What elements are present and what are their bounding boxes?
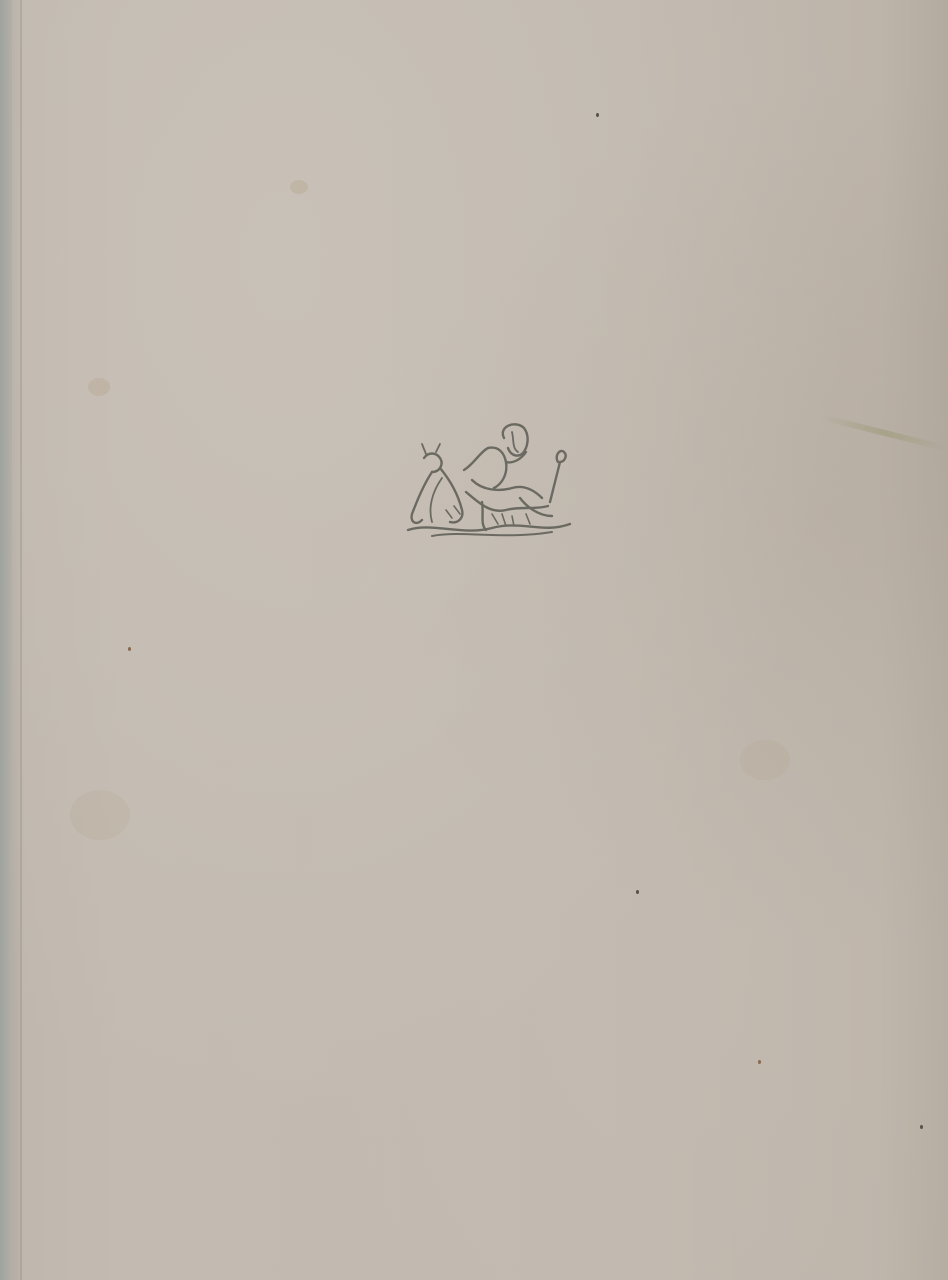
paper-stain bbox=[88, 378, 110, 396]
paper-speck bbox=[636, 890, 639, 894]
paper-speck bbox=[128, 647, 131, 651]
paper-crease bbox=[821, 414, 948, 451]
paper-speck bbox=[920, 1125, 923, 1129]
binding-crease bbox=[20, 0, 22, 1280]
paper-stain bbox=[740, 740, 790, 780]
paper-stain bbox=[70, 790, 130, 840]
paper-speck bbox=[596, 113, 599, 117]
paper-speck bbox=[758, 1060, 761, 1064]
spine-edge bbox=[0, 0, 12, 1280]
book-cover-page bbox=[0, 0, 948, 1280]
reclining-figures-icon bbox=[402, 418, 576, 542]
paper-stain bbox=[290, 180, 308, 194]
classical-figures-illustration bbox=[402, 418, 576, 542]
